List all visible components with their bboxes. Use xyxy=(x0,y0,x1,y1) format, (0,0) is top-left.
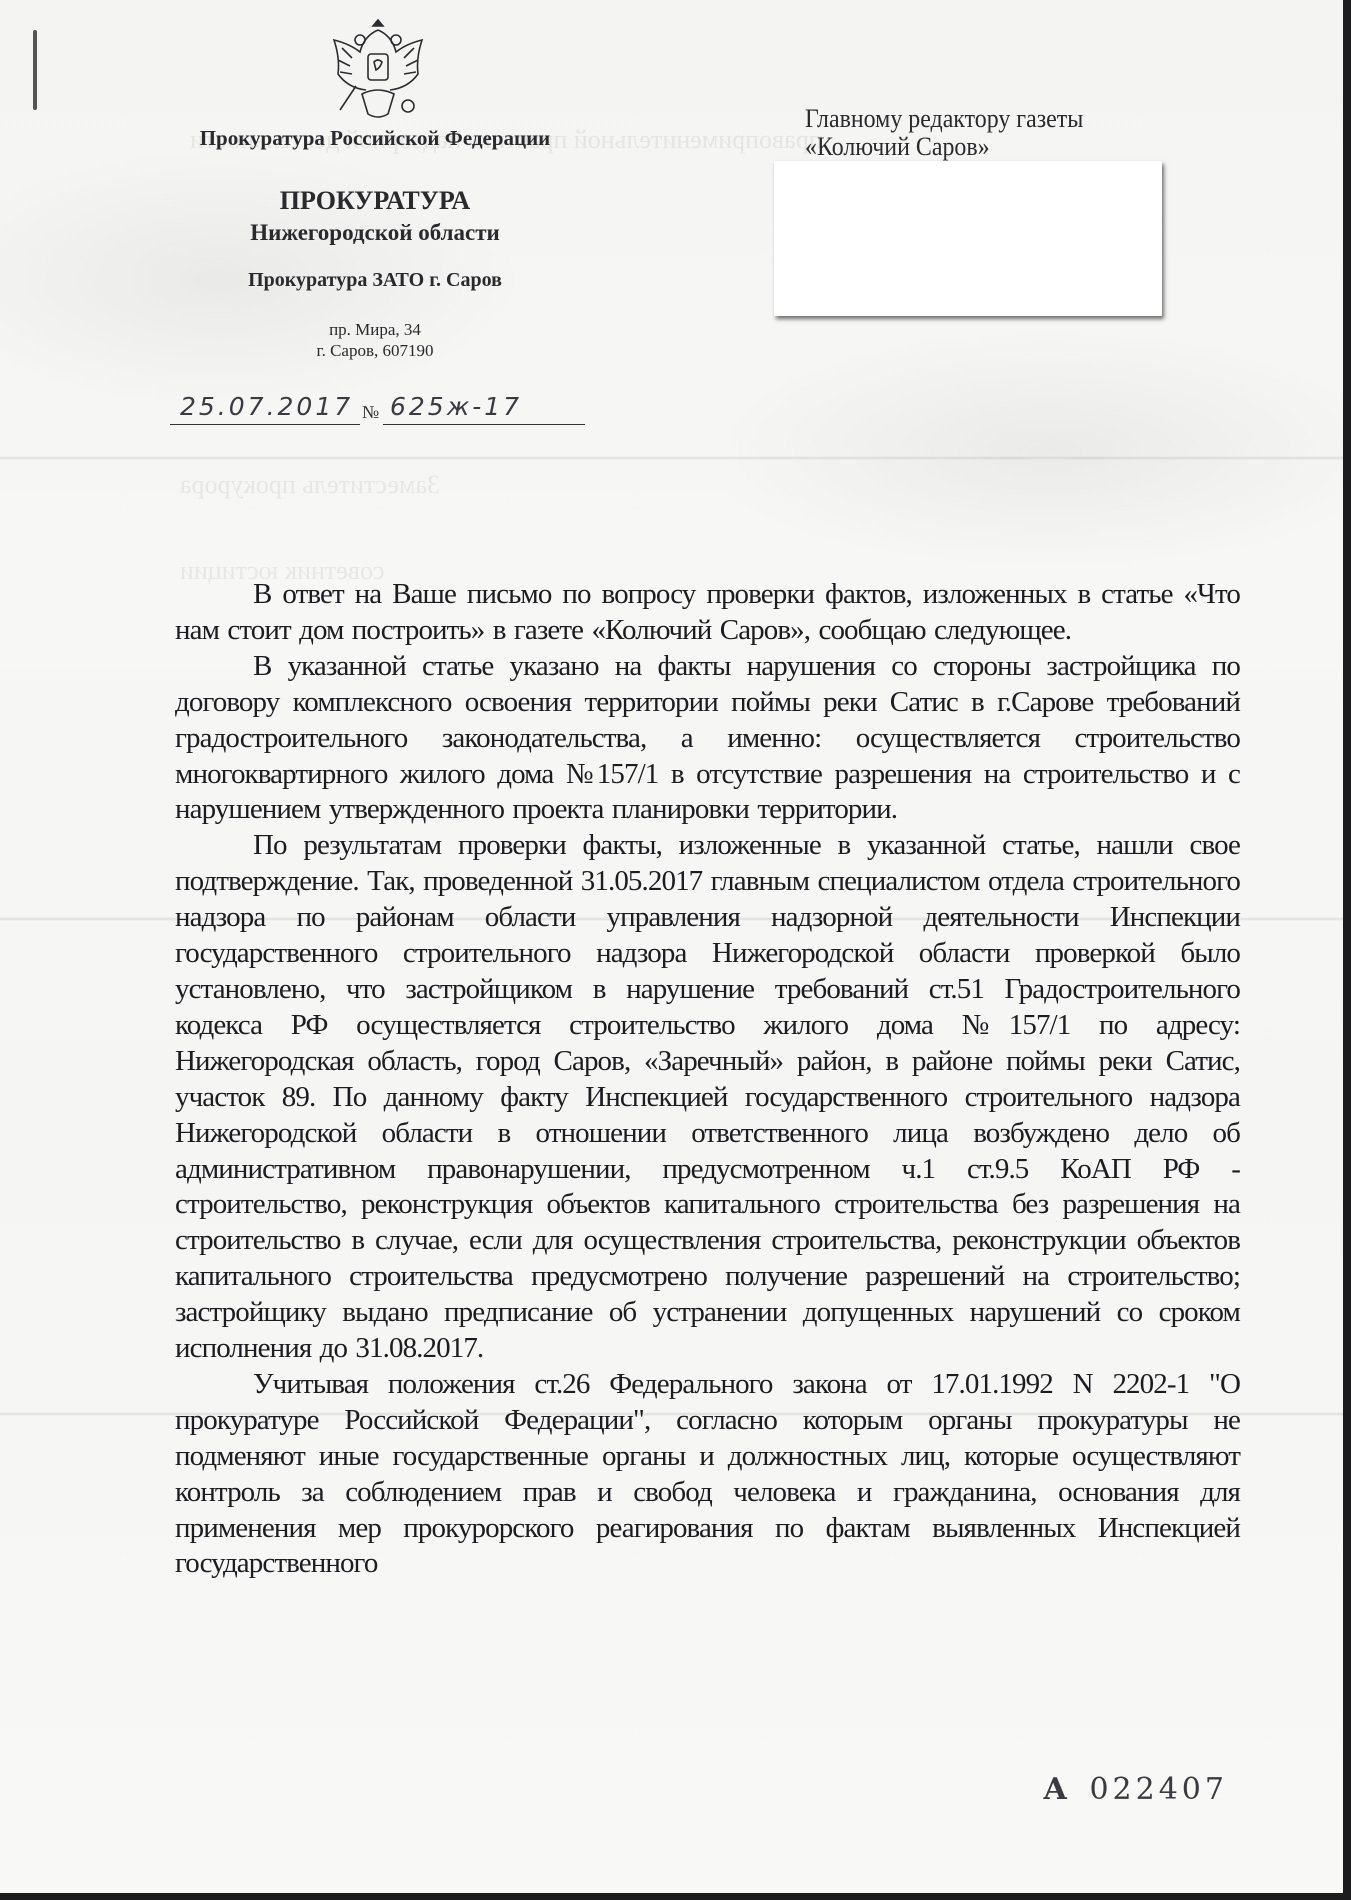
address-street: пр. Мира, 34 xyxy=(165,319,585,340)
org-local: Прокуратура ЗАТО г. Саров xyxy=(165,269,585,292)
paper-shadow xyxy=(700,330,1343,570)
recipient-line-1: Главному редактору газеты xyxy=(805,105,1083,133)
redaction-box xyxy=(774,161,1162,316)
letter-body: В ответ на Ваше письмо по вопросу провер… xyxy=(175,577,1240,1582)
org-federal-name: Прокуратура Российской Федерации xyxy=(165,126,585,151)
registration-number: 625ж-17 xyxy=(390,392,522,421)
registration-date: 25.07.2017 xyxy=(180,392,353,421)
paragraph: В указанной статье указано на факты нару… xyxy=(175,649,1240,829)
number-sign: № xyxy=(362,402,379,423)
serial-digits: 022407 xyxy=(1089,1772,1228,1807)
form-serial-number: А022407 xyxy=(1043,1772,1228,1807)
serial-letter: А xyxy=(1043,1772,1067,1807)
paper-fold-line xyxy=(0,456,1343,460)
recipient-block: Главному редактору газеты «Колючий Саров… xyxy=(805,105,1083,161)
recipient-line-2: «Колючий Саров» xyxy=(805,133,1083,161)
paragraph: По результатам проверки факты, изложенны… xyxy=(175,828,1240,1367)
paragraph: В ответ на Ваше письмо по вопросу провер… xyxy=(175,577,1240,649)
russian-coat-of-arms-icon xyxy=(322,14,434,124)
bleed-through-text: Заместитель прокурора xyxy=(180,470,440,500)
org-title: ПРОКУРАТУРА xyxy=(165,186,585,216)
scan-mark xyxy=(33,30,37,110)
letter-page: правоприменительной практике надзорной д… xyxy=(0,0,1343,1893)
address-city: г. Саров, 607190 xyxy=(165,340,585,361)
org-address: пр. Мира, 34 г. Саров, 607190 xyxy=(165,319,585,361)
paragraph: Учитывая положения ст.26 Федерального за… xyxy=(175,1367,1240,1582)
org-region: Нижегородской области xyxy=(165,220,585,246)
